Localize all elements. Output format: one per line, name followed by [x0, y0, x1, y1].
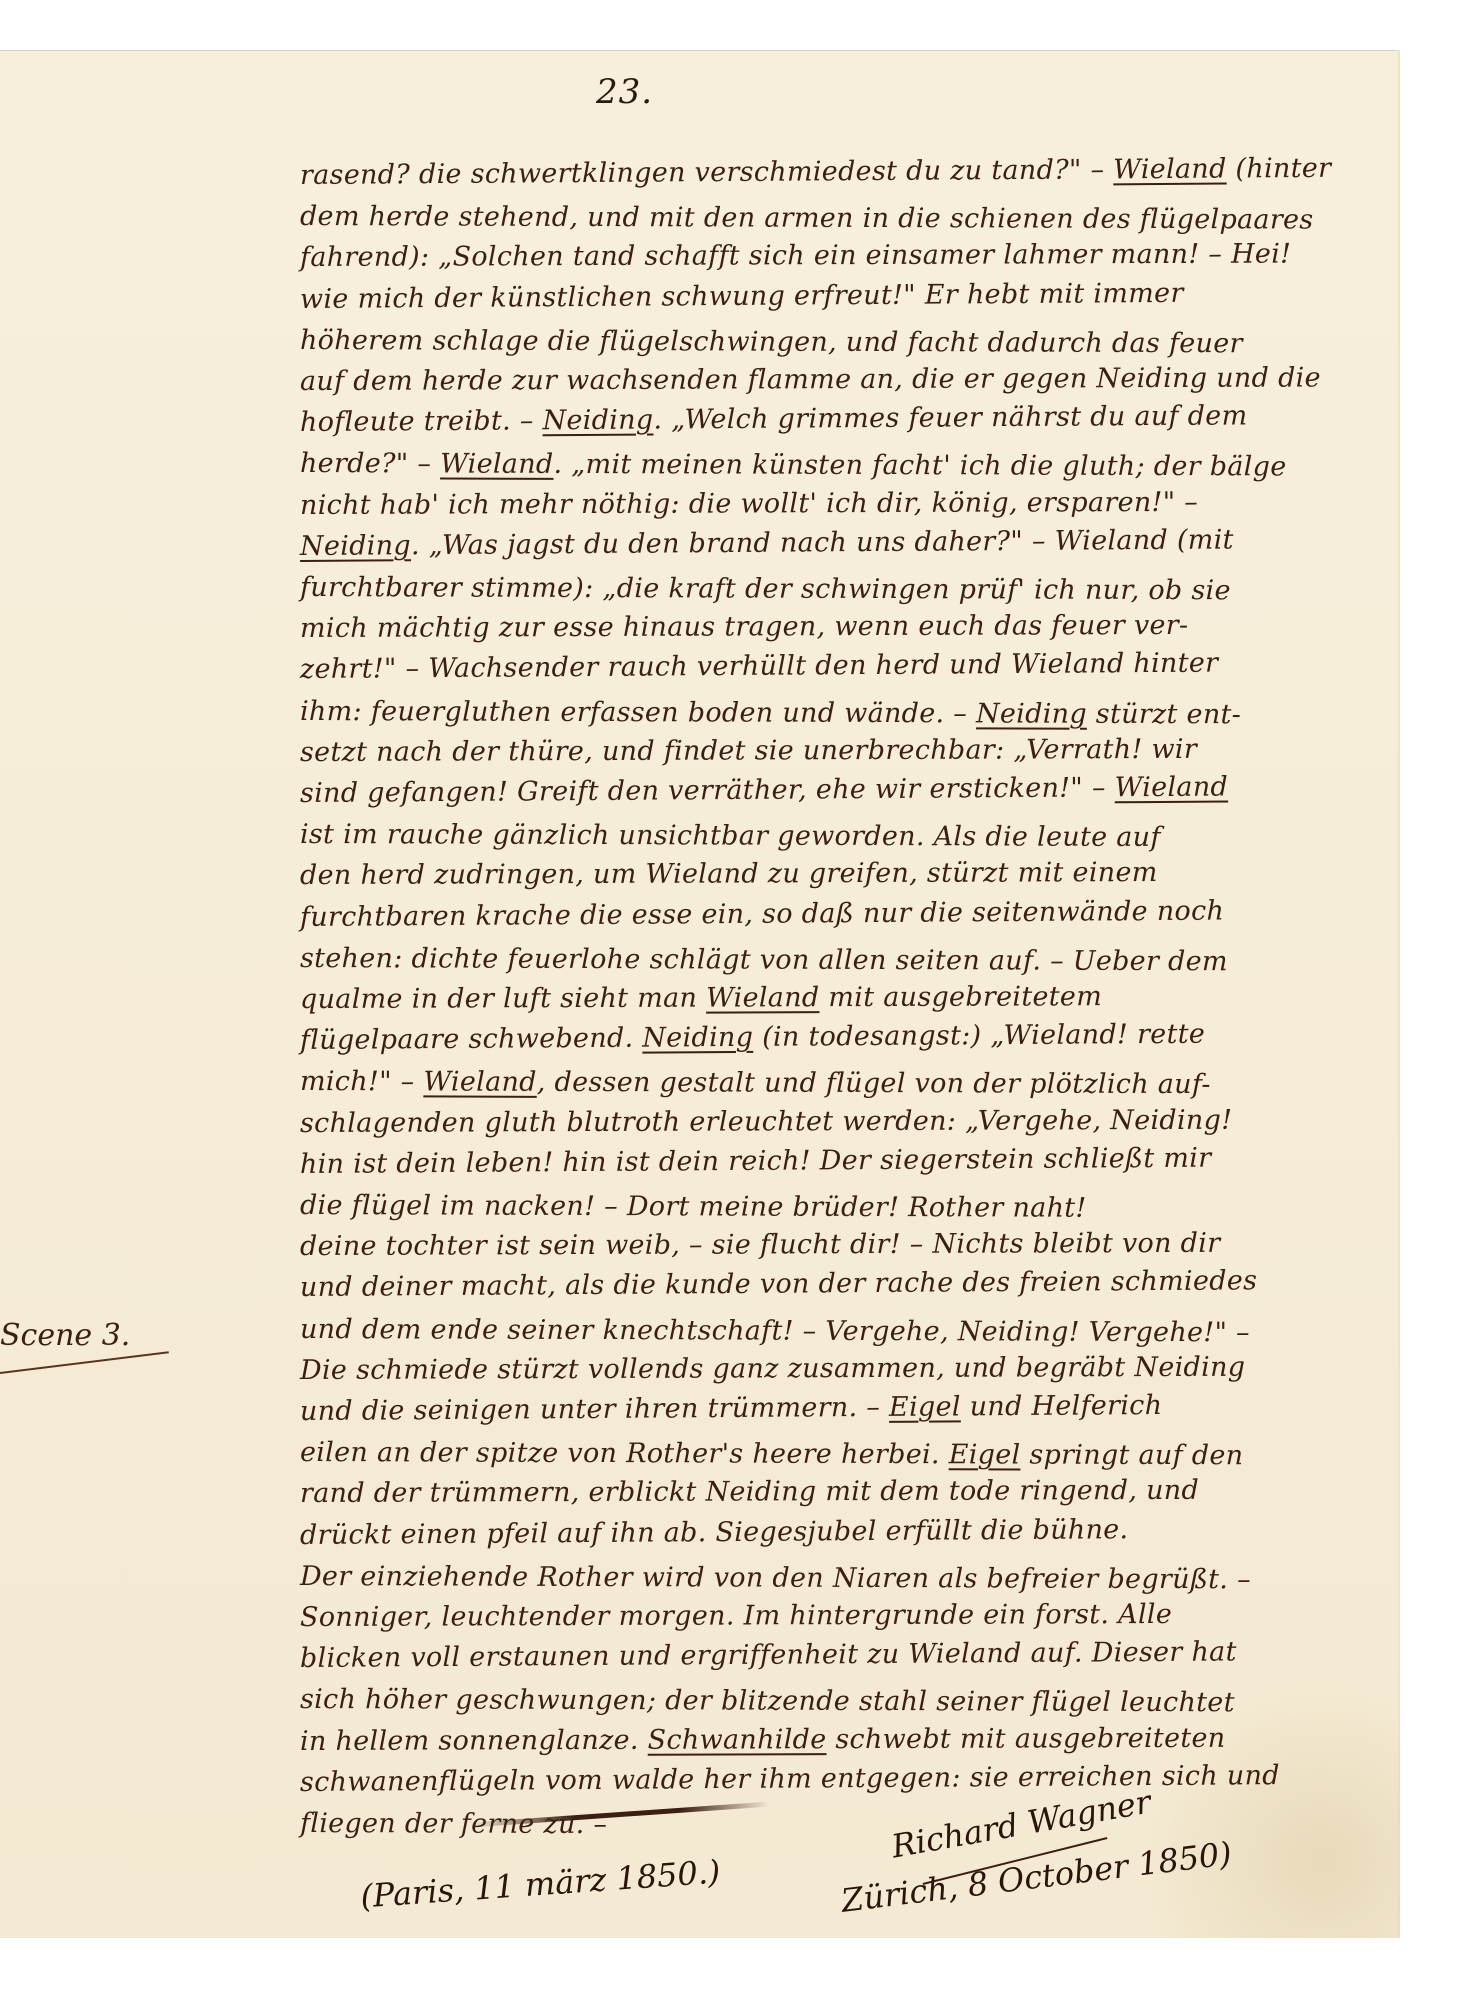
manuscript-line: eilen an der spitze von Rother's heere h…	[300, 1437, 1243, 1471]
manuscript-line: flügelpaare schwebend. Neiding (in todes…	[300, 1019, 1205, 1056]
line-text: und dem ende seiner knechtschaft! – Verg…	[300, 1314, 1250, 1348]
manuscript-line: und dem ende seiner knechtschaft! – Verg…	[300, 1314, 1250, 1348]
line-text: setzt nach der thüre, und findet sie une…	[300, 734, 1197, 768]
line-text: fahrend): „Solchen tand schafft sich ein…	[300, 239, 1291, 273]
manuscript-line: sich höher geschwungen; der blitzende st…	[300, 1684, 1235, 1718]
manuscript-line: deine tochter ist sein weib, – sie fluch…	[300, 1228, 1220, 1262]
manuscript-line: Neiding. „Was jagst du den brand nach un…	[300, 524, 1234, 562]
line-text: eilen an der spitze von Rother's heere h…	[300, 1437, 949, 1470]
manuscript-line: mich!" – Wieland, dessen gestalt und flü…	[300, 1066, 1211, 1100]
manuscript-line: auf dem herde zur wachsenden flamme an, …	[300, 362, 1321, 397]
manuscript-line: dem herde stehend, und mit den armen in …	[300, 201, 1314, 236]
line-text: ihm: feuergluthen erfassen boden und wän…	[300, 696, 976, 729]
manuscript-line: Die schmiede stürzt vollends ganz zusamm…	[300, 1351, 1245, 1385]
line-text: und die seinigen unter ihren trümmern. –	[300, 1392, 889, 1427]
manuscript-line: furchtbaren krache die esse ein, so daß …	[300, 895, 1224, 932]
manuscript-line: schlagenden gluth blutroth erleuchtet we…	[300, 1104, 1232, 1138]
line-text: den herd zudringen, um Wieland zu greife…	[300, 857, 1158, 891]
line-text: mich mächtig zur esse hinaus tragen, wen…	[300, 610, 1188, 644]
manuscript-line: und die seinigen unter ihren trümmern. –…	[300, 1390, 1163, 1427]
line-text: springt auf den	[1020, 1440, 1243, 1472]
line-text: qualme in der luft sieht man	[300, 983, 706, 1015]
manuscript-line: stehen: dichte feuerlohe schlägt von all…	[300, 943, 1228, 977]
line-text: rasend? die schwertklingen verschmiedest…	[300, 154, 1113, 191]
manuscript-line: Sonniger, leuchtender morgen. Im hinterg…	[300, 1599, 1172, 1633]
line-text: rand der trümmern, erblickt Neiding mit …	[300, 1475, 1199, 1509]
character-name: Wieland	[1113, 154, 1227, 186]
manuscript-line: fahrend): „Solchen tand schafft sich ein…	[300, 239, 1291, 273]
manuscript-line: drückt einen pfeil auf ihn ab. Siegesjub…	[300, 1514, 1129, 1551]
manuscript-line: wie mich der künstlichen schwung erfreut…	[300, 277, 1184, 314]
line-text: schwebt mit ausgebreiteten	[826, 1722, 1225, 1754]
character-name: Neiding	[300, 530, 411, 562]
line-text: flügelpaare schwebend.	[300, 1023, 643, 1056]
manuscript-line: höherem schlage die flügelschwingen, und…	[300, 325, 1243, 359]
line-text: schlagenden gluth blutroth erleuchtet we…	[300, 1104, 1232, 1138]
character-name: Eigel	[889, 1391, 961, 1423]
manuscript-line: sind gefangen! Greift den verräther, ehe…	[300, 772, 1228, 809]
line-text: nicht hab' ich mehr nöthig: die wollt' i…	[300, 486, 1198, 520]
line-text: . „Welch grimmes feuer nährst du auf dem	[653, 401, 1247, 436]
line-text: . „mit meinen künsten facht' ich die glu…	[553, 449, 1286, 483]
page-number: 23.	[596, 72, 653, 112]
manuscript-line: ist im rauche gänzlich unsichtbar geword…	[300, 819, 1161, 853]
line-text: mich!" –	[300, 1066, 423, 1097]
line-text: stehen: dichte feuerlohe schlägt von all…	[300, 943, 1228, 977]
line-text: Der einziehende Rother wird von den Niar…	[300, 1561, 1251, 1595]
line-text: (in todesangst:) „Wieland! rette	[753, 1019, 1205, 1053]
line-text: ist im rauche gänzlich unsichtbar geword…	[300, 819, 1161, 853]
margin-note-scene: Scene 3.	[0, 1318, 130, 1353]
line-text: wie mich der künstlichen schwung erfreut…	[300, 277, 1184, 314]
manuscript-line: mich mächtig zur esse hinaus tragen, wen…	[300, 610, 1188, 644]
line-text: dem herde stehend, und mit den armen in …	[300, 201, 1314, 236]
line-text: hin ist dein leben! hin ist dein reich! …	[300, 1142, 1212, 1179]
line-text: hofleute treibt. –	[300, 405, 543, 438]
line-text: sich höher geschwungen; der blitzende st…	[300, 1684, 1235, 1718]
line-text: furchtbaren krache die esse ein, so daß …	[300, 895, 1224, 932]
line-text: . „Was jagst du den brand nach uns daher…	[411, 524, 1234, 561]
line-text: fliegen der ferne zu. –	[300, 1808, 607, 1840]
manuscript-line: qualme in der luft sieht man Wieland mit…	[300, 981, 1102, 1015]
character-name: Neiding	[542, 405, 653, 437]
line-text: höherem schlage die flügelschwingen, und…	[300, 325, 1243, 359]
character-name: Wieland	[1115, 772, 1229, 804]
manuscript-line: in hellem sonnenglanze. Schwanhilde schw…	[300, 1722, 1226, 1756]
manuscript-line: ihm: feuergluthen erfassen boden und wän…	[300, 696, 1241, 730]
line-text: sind gefangen! Greift den verräther, ehe…	[300, 772, 1115, 809]
line-text: furchtbarer stimme): „die kraft der schw…	[300, 572, 1231, 606]
manuscript-line: furchtbarer stimme): „die kraft der schw…	[300, 572, 1231, 606]
line-text: herde?" –	[300, 448, 440, 479]
line-text: (hinter	[1227, 153, 1332, 185]
manuscript-line: rand der trümmern, erblickt Neiding mit …	[300, 1475, 1199, 1509]
line-text: drückt einen pfeil auf ihn ab. Siegesjub…	[300, 1514, 1129, 1551]
character-name: Wieland	[440, 449, 554, 480]
manuscript-line: Der einziehende Rother wird von den Niar…	[300, 1561, 1251, 1595]
line-text: und Helferich	[961, 1390, 1163, 1422]
manuscript-line: nicht hab' ich mehr nöthig: die wollt' i…	[300, 486, 1198, 520]
line-text: in hellem sonnenglanze.	[300, 1724, 648, 1756]
manuscript-line: setzt nach der thüre, und findet sie une…	[300, 734, 1197, 768]
character-name: Wieland	[423, 1067, 537, 1098]
manuscript-line: die flügel im nacken! – Dort meine brüde…	[300, 1190, 1087, 1224]
character-name: Eigel	[949, 1439, 1021, 1470]
character-name: Neiding	[976, 698, 1087, 729]
manuscript-line: den herd zudringen, um Wieland zu greife…	[300, 857, 1158, 891]
line-text: deine tochter ist sein weib, – sie fluch…	[300, 1228, 1220, 1262]
line-text: stürzt ent-	[1087, 698, 1241, 730]
character-name: Wieland	[706, 982, 820, 1013]
character-name: Schwanhilde	[648, 1724, 827, 1756]
manuscript-line: fliegen der ferne zu. –	[300, 1808, 607, 1840]
line-text: die flügel im nacken! – Dort meine brüde…	[300, 1190, 1087, 1224]
line-text: mit ausgebreitetem	[819, 981, 1102, 1013]
line-text: Sonniger, leuchtender morgen. Im hinterg…	[300, 1599, 1172, 1633]
manuscript-line: hin ist dein leben! hin ist dein reich! …	[300, 1142, 1212, 1179]
line-text: Die schmiede stürzt vollends ganz zusamm…	[300, 1351, 1245, 1385]
line-text: , dessen gestalt und flügel von der plöt…	[537, 1067, 1211, 1100]
line-text: auf dem herde zur wachsenden flamme an, …	[300, 362, 1321, 397]
character-name: Neiding	[642, 1022, 753, 1054]
manuscript-line: herde?" – Wieland. „mit meinen künsten f…	[300, 448, 1287, 482]
